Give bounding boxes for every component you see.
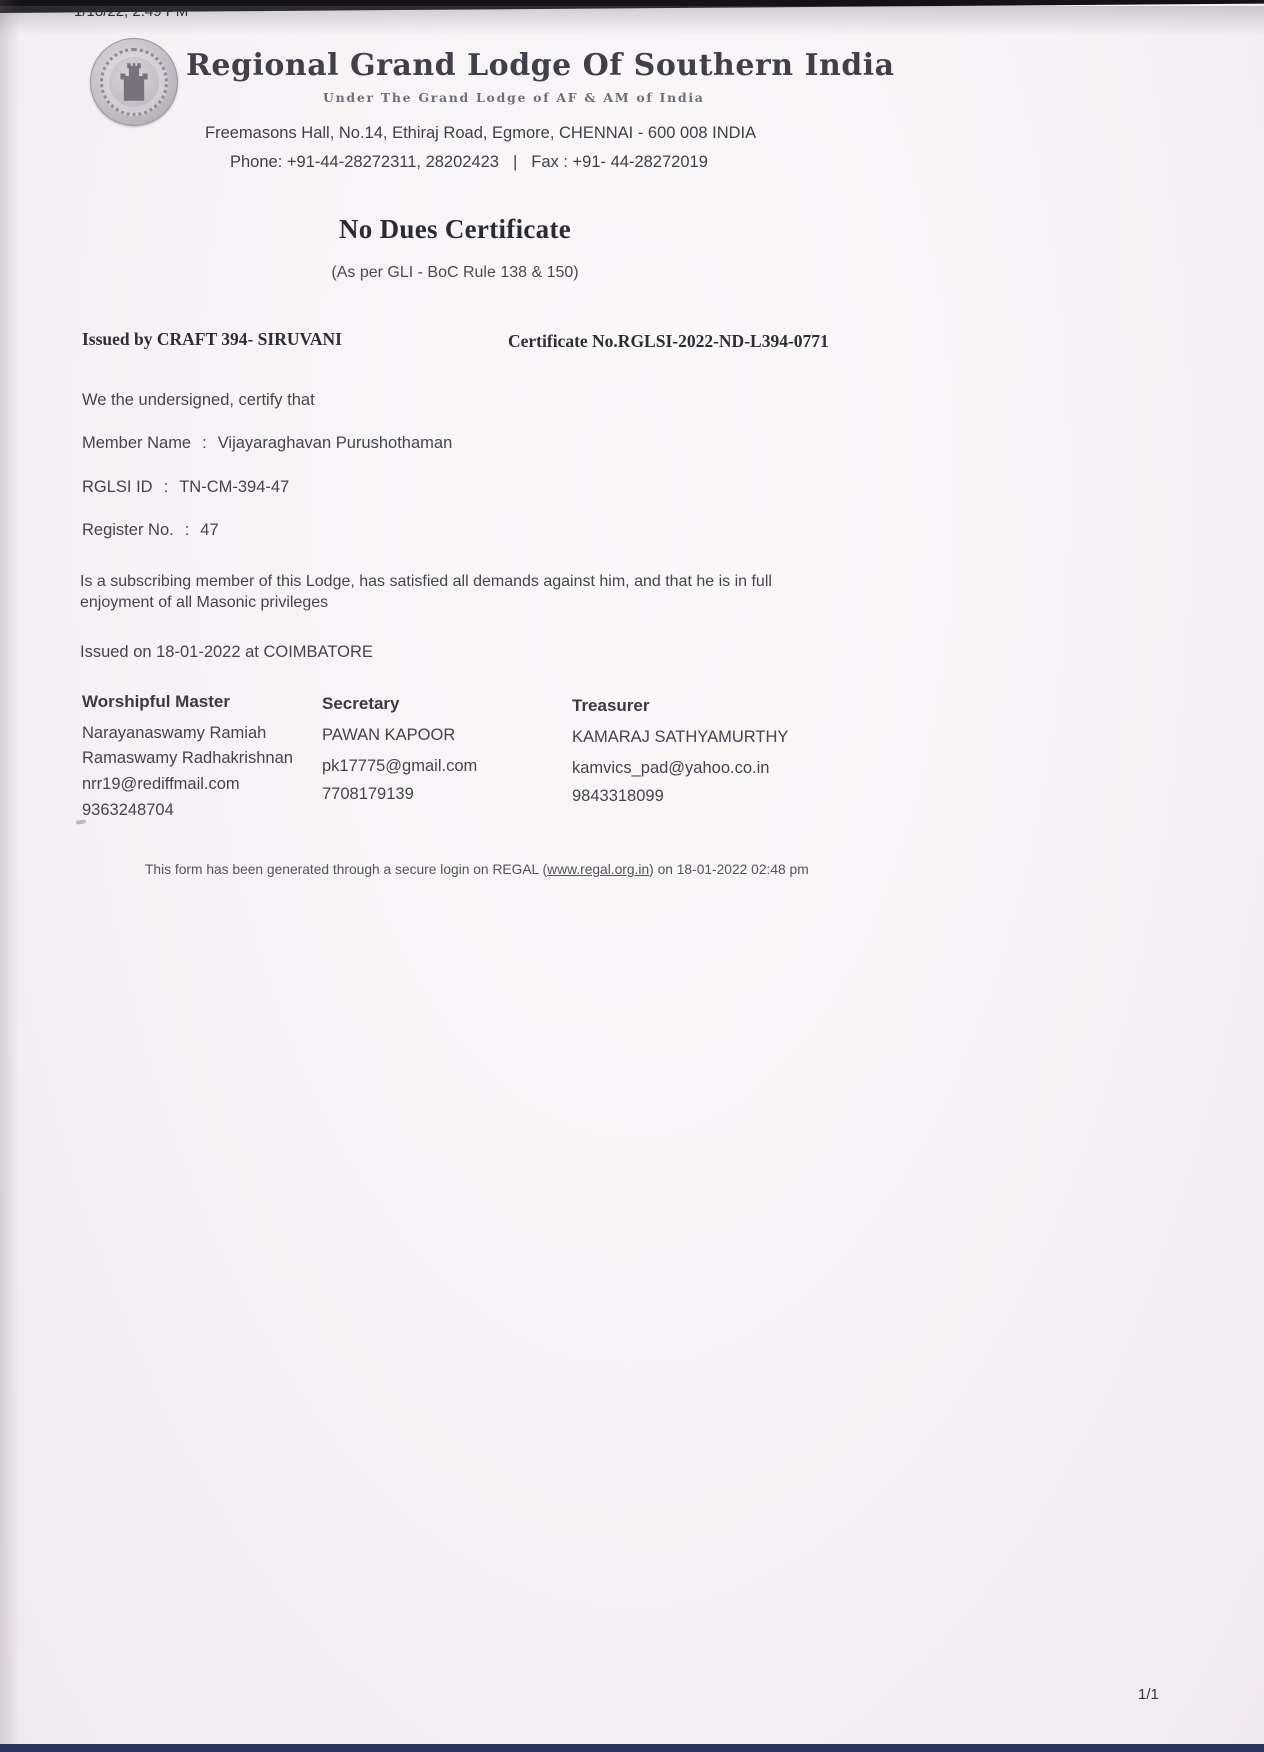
temple-icon [117, 61, 151, 103]
issued-on-line: Issued on 18-01-2022 at COIMBATORE [80, 643, 373, 662]
rglsi-id-label: RGLSI ID [82, 478, 153, 497]
generated-note: This form has been generated through a s… [145, 862, 809, 877]
signatory-name: Narayanaswamy Ramiah Ramaswamy Radhakris… [82, 721, 294, 771]
rglsi-id-value: TN-CM-394-47 [179, 478, 289, 497]
signatory-email: pk17775@gmail.com [322, 757, 552, 776]
lodge-seal [90, 38, 176, 124]
certify-intro: We the undersigned, certify that [82, 391, 315, 410]
scan-edge-bottom [0, 1744, 1264, 1752]
regal-link[interactable]: www.regal.org.in [547, 862, 649, 877]
membership-declaration: Is a subscribing member of this Lodge, h… [80, 571, 828, 614]
signatory-name: PAWAN KAPOOR [322, 723, 552, 748]
org-subtitle: Under The Grand Lodge of AF & AM of Indi… [323, 90, 705, 105]
signatory-phone: 9363248704 [82, 801, 294, 820]
signatory-role: Secretary [322, 694, 552, 714]
generated-note-suffix: ) on 18-01-2022 02:48 pm [649, 862, 809, 877]
fax-number: Fax : +91- 44-28272019 [531, 153, 708, 172]
member-name-field: Member Name : Vijayaraghavan Purushotham… [82, 434, 452, 453]
rglsi-id-field: RGLSI ID : TN-CM-394-47 [82, 478, 289, 497]
signatory-worshipful-master: Worshipful Master Narayanaswamy Ramiah R… [82, 692, 294, 820]
print-timestamp: 1/18/22, 2:49 PM [74, 3, 188, 20]
rglsi-id-separator: : [164, 478, 169, 497]
signatory-email: kamvics_pad@yahoo.co.in [572, 759, 812, 778]
phone-number: Phone: +91-44-28272311, 28202423 [230, 153, 499, 172]
page-indicator: 1/1 [1138, 1686, 1159, 1703]
signatory-name: KAMARAJ SATHYAMURTHY [572, 725, 812, 750]
scan-smudge [76, 819, 86, 824]
scan-edge-top [0, 0, 1264, 13]
member-name-label: Member Name [82, 434, 191, 453]
register-no-value: 47 [200, 521, 218, 540]
seal-center [109, 57, 159, 107]
member-name-value: Vijayaraghavan Purushothaman [218, 434, 453, 453]
certificate-title-wrap: No Dues Certificate [0, 214, 910, 245]
org-address: Freemasons Hall, No.14, Ethiraj Road, Eg… [205, 124, 756, 143]
signatory-role: Treasurer [572, 696, 812, 716]
contact-separator: | [513, 153, 517, 172]
register-no-label: Register No. [82, 521, 174, 540]
register-no-separator: : [185, 521, 190, 540]
signatory-email: nrr19@rediffmail.com [82, 775, 294, 794]
contact-row: Phone: +91-44-28272311, 28202423 | Fax :… [230, 153, 708, 172]
certificate-rule-wrap: (As per GLI - BoC Rule 138 & 150) [0, 264, 910, 282]
register-no-field: Register No. : 47 [82, 521, 219, 540]
certificate-rule-note: (As per GLI - BoC Rule 138 & 150) [331, 264, 578, 281]
org-name: Regional Grand Lodge Of Southern India [186, 48, 895, 83]
signatory-treasurer: Treasurer KAMARAJ SATHYAMURTHY kamvics_p… [572, 696, 812, 806]
member-name-separator: : [202, 434, 207, 453]
scan-shadow-left [0, 0, 20, 1752]
issued-by-lodge: Issued by CRAFT 394- SIRUVANI [82, 329, 342, 350]
certificate-number: Certificate No.RGLSI-2022-ND-L394-0771 [508, 331, 829, 352]
signatory-phone: 9843318099 [572, 787, 812, 806]
signatory-secretary: Secretary PAWAN KAPOOR pk17775@gmail.com… [322, 694, 552, 804]
certificate-title: No Dues Certificate [339, 214, 571, 244]
seal-outer-ring [90, 38, 178, 126]
generated-note-prefix: This form has been generated through a s… [145, 862, 547, 877]
signatory-phone: 7708179139 [322, 785, 552, 804]
signatory-role: Worshipful Master [82, 692, 294, 712]
